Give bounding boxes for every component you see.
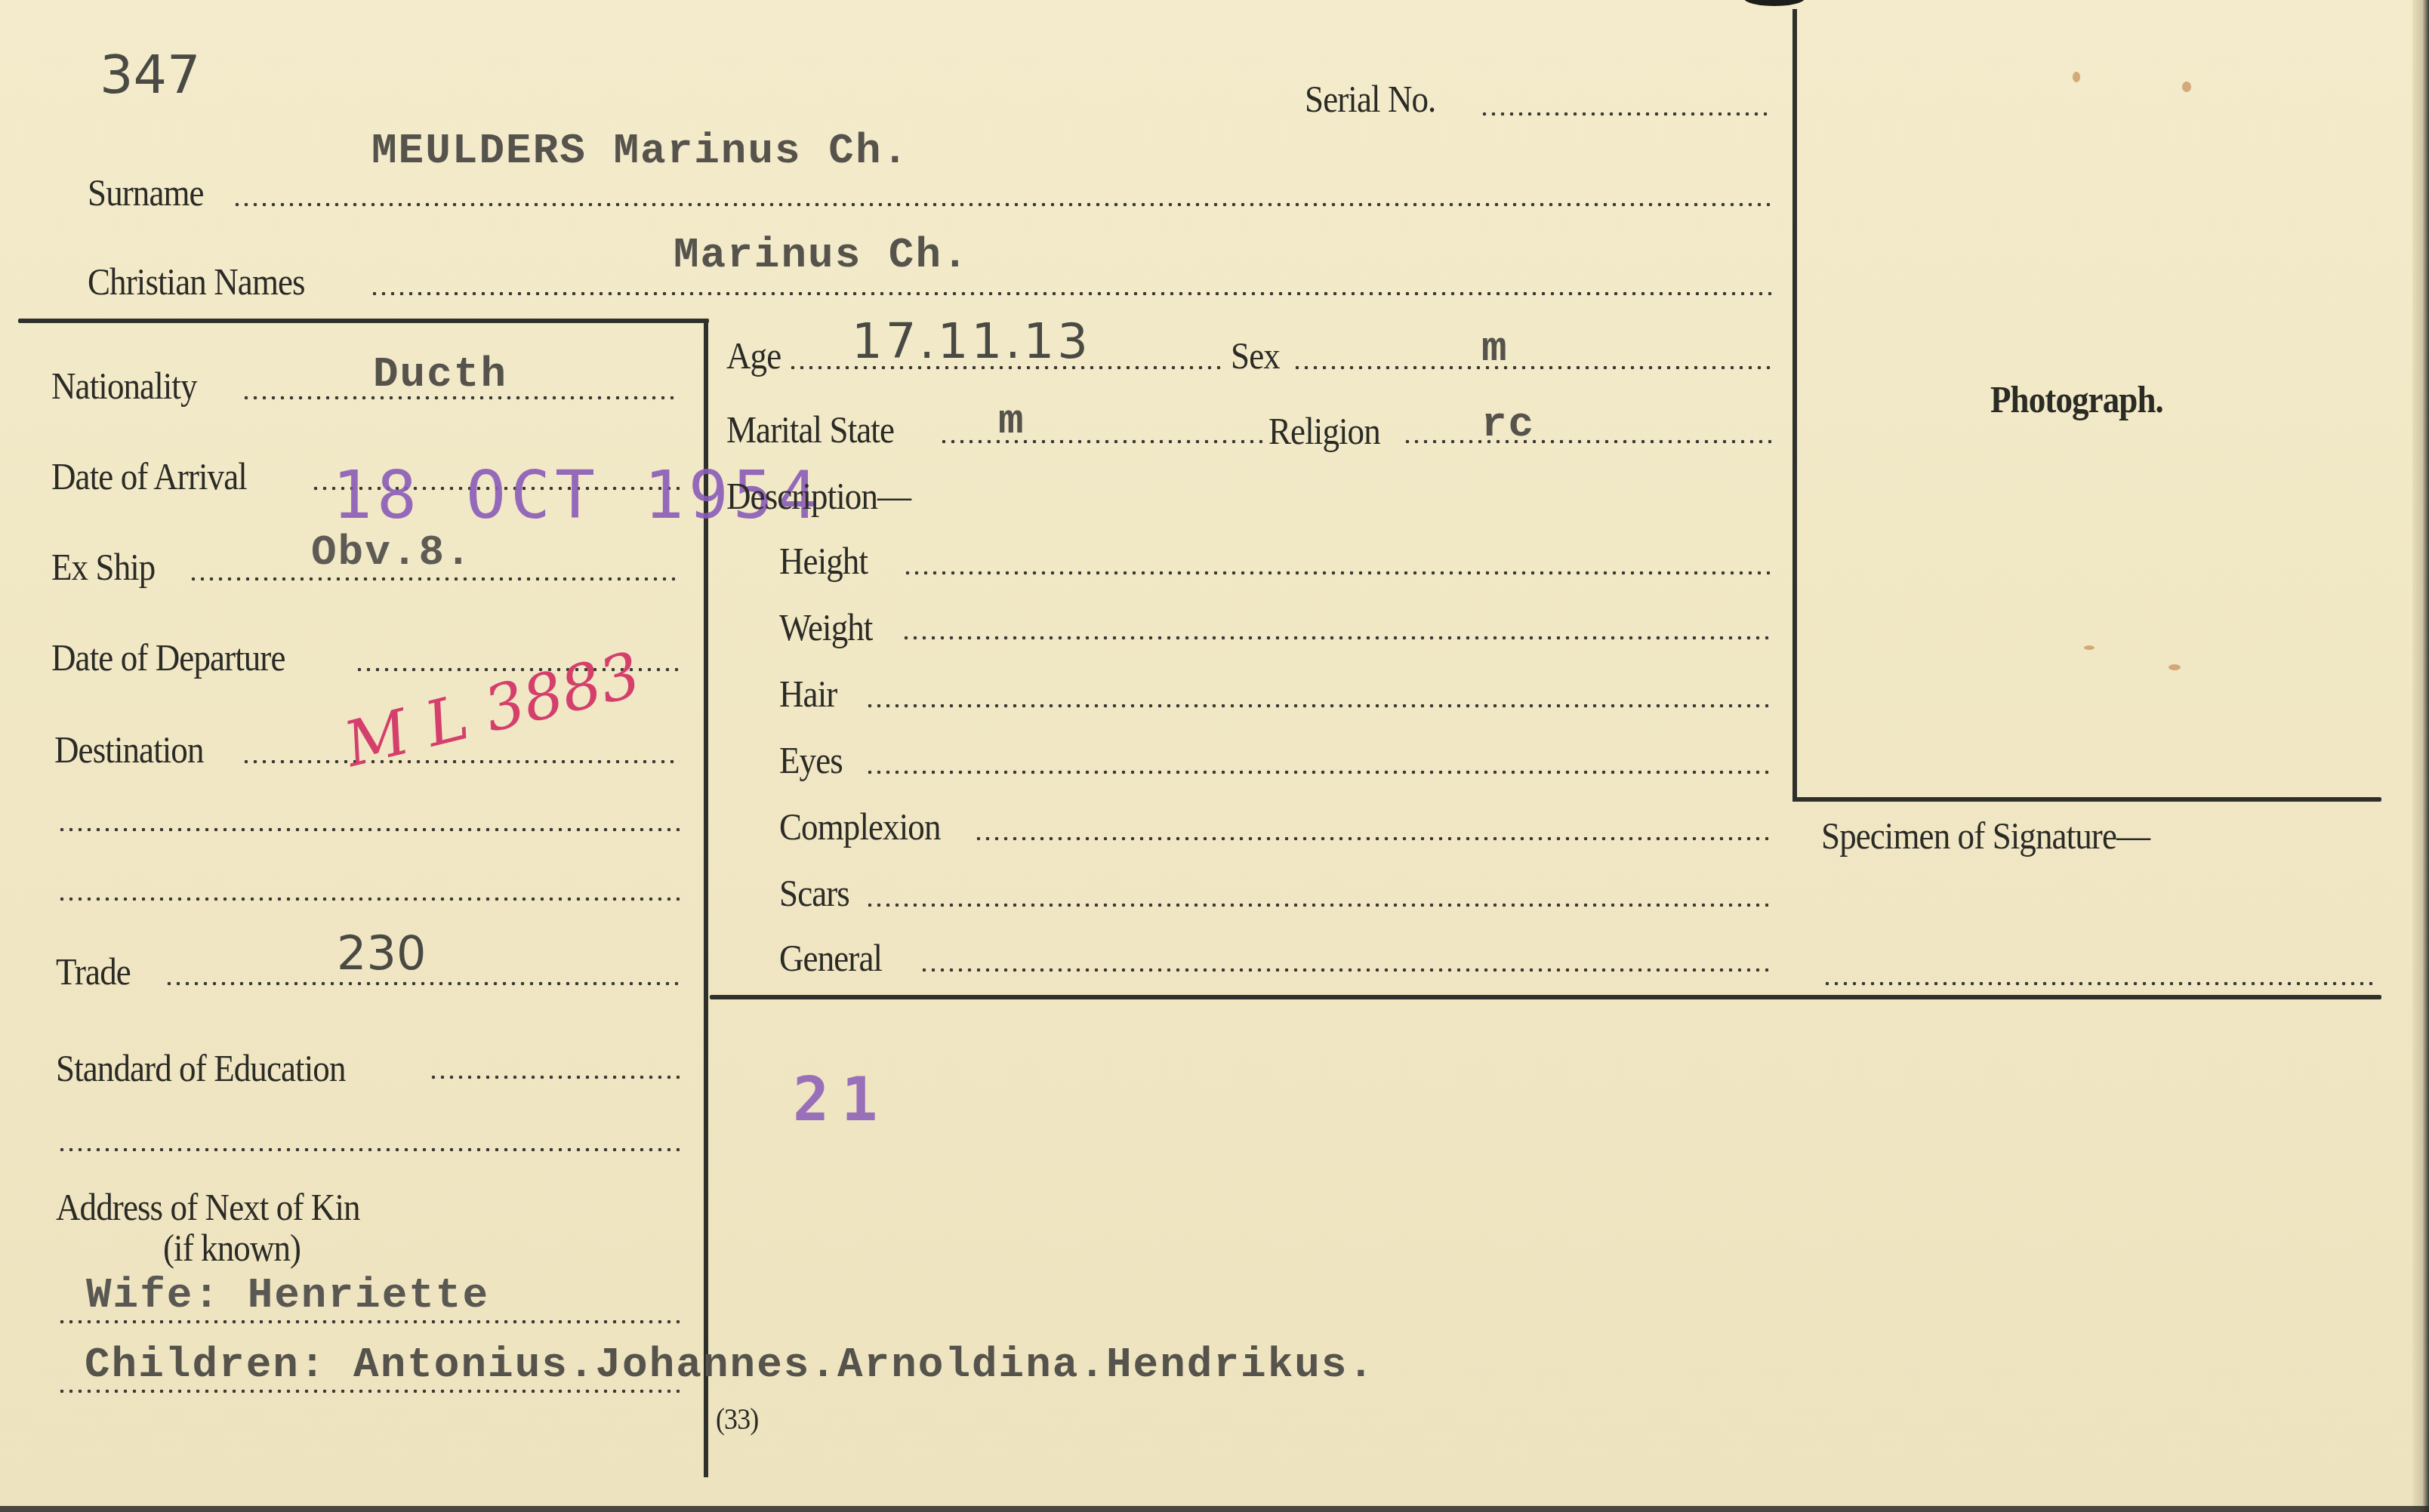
nationality-value: Ducth xyxy=(373,350,507,399)
surname-label: Surname xyxy=(88,174,204,211)
height-field[interactable] xyxy=(903,571,1771,575)
hair-label: Hair xyxy=(779,675,837,713)
lower-number-stamp: 21 xyxy=(793,1064,889,1135)
card-number: 347 xyxy=(100,44,201,106)
ex-ship-label: Ex Ship xyxy=(51,548,155,586)
age-value: 17.11.13 xyxy=(852,314,1091,370)
age-label: Age xyxy=(726,337,781,374)
christian-names-value: Marinus Ch. xyxy=(674,231,969,279)
registration-card: 347 Serial No. MEULDERS Marinus Ch. Surn… xyxy=(0,0,2429,1512)
photograph-label: Photograph. xyxy=(1990,380,2163,418)
marital-state-label: Marital State xyxy=(726,411,894,448)
surname-field[interactable] xyxy=(233,202,1773,207)
trade-label: Trade xyxy=(56,953,131,990)
religion-label: Religion xyxy=(1268,412,1380,450)
ex-ship-value: Obv.8. xyxy=(311,528,473,577)
destination-field-line3[interactable] xyxy=(57,897,680,901)
ex-ship-field[interactable] xyxy=(189,577,680,581)
serial-no-label: Serial No. xyxy=(1305,80,1435,118)
next-of-kin-field-line2[interactable] xyxy=(57,1389,680,1393)
serial-no-field[interactable] xyxy=(1480,112,1771,116)
form-code: (33) xyxy=(716,1404,758,1434)
general-field[interactable] xyxy=(920,968,1771,972)
weight-field[interactable] xyxy=(902,636,1771,640)
card-edge-right xyxy=(2412,0,2429,1512)
complexion-label: Complexion xyxy=(779,808,940,845)
trade-value: 230 xyxy=(337,925,426,981)
nationality-field[interactable] xyxy=(242,396,680,400)
trade-field[interactable] xyxy=(165,981,680,986)
next-of-kin-label: Address of Next of Kin xyxy=(56,1188,360,1226)
eyes-field[interactable] xyxy=(865,770,1771,774)
hair-field[interactable] xyxy=(865,704,1771,708)
surname-value: MEULDERS Marinus Ch. xyxy=(371,127,909,175)
card-edge-bottom xyxy=(0,1506,2429,1512)
standard-of-education-field[interactable] xyxy=(429,1075,680,1079)
destination-label: Destination xyxy=(54,731,204,768)
next-of-kin-line2: Children: Antonius.Johannes.Arnoldina.He… xyxy=(85,1341,1375,1389)
christian-names-label: Christian Names xyxy=(88,263,305,300)
description-label: Description— xyxy=(726,477,911,515)
scars-label: Scars xyxy=(779,874,849,912)
stain-mark xyxy=(2169,664,2181,670)
marital-state-value: m xyxy=(998,397,1025,445)
next-of-kin-line1: Wife: Henriette xyxy=(86,1271,489,1320)
standard-of-education-label: Standard of Education xyxy=(56,1049,345,1087)
card-notch xyxy=(1744,0,1805,6)
stain-mark xyxy=(2073,72,2080,82)
stain-mark xyxy=(2084,645,2095,650)
next-of-kin-field-line1[interactable] xyxy=(57,1320,680,1324)
date-of-arrival-label: Date of Arrival xyxy=(51,457,247,495)
standard-of-education-field-line2[interactable] xyxy=(57,1147,680,1152)
nationality-label: Nationality xyxy=(51,367,197,405)
specimen-signature-label: Specimen of Signature— xyxy=(1821,817,2150,855)
destination-field[interactable] xyxy=(242,759,680,764)
complexion-field[interactable] xyxy=(974,836,1771,841)
photo-box-left-rule xyxy=(1792,9,1797,802)
sex-label: Sex xyxy=(1231,337,1280,374)
photo-box-bottom-rule xyxy=(1792,797,2381,802)
stain-mark xyxy=(2182,82,2191,92)
weight-label: Weight xyxy=(779,608,872,646)
sex-field[interactable] xyxy=(1293,365,1771,370)
destination-field-line2[interactable] xyxy=(57,827,680,832)
signature-field[interactable] xyxy=(1823,981,2378,986)
next-of-kin-sublabel: (if known) xyxy=(163,1229,301,1267)
date-of-departure-label: Date of Departure xyxy=(51,639,285,676)
left-column-top-rule xyxy=(18,319,709,323)
general-label: General xyxy=(779,939,882,977)
height-label: Height xyxy=(779,542,868,580)
christian-names-field[interactable] xyxy=(370,291,1773,296)
description-bottom-rule xyxy=(710,995,2381,999)
marital-state-field[interactable] xyxy=(939,439,1268,444)
scars-field[interactable] xyxy=(865,903,1771,907)
religion-field[interactable] xyxy=(1403,439,1771,444)
age-field[interactable] xyxy=(788,365,1226,370)
eyes-label: Eyes xyxy=(779,741,843,779)
